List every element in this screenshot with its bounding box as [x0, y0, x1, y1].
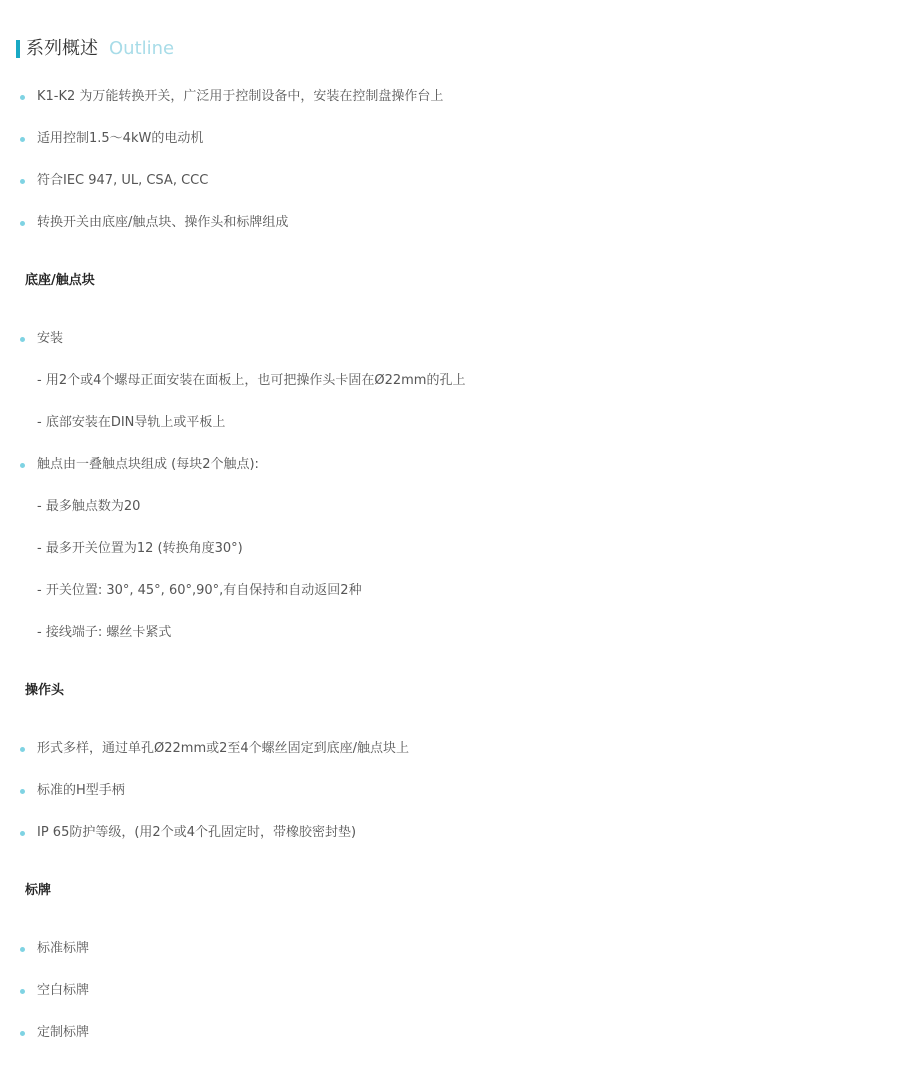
list-item: 定制标牌 [37, 1024, 89, 1042]
bullet-icon [20, 831, 25, 836]
heading-base-block: 底座/触点块 [25, 272, 95, 290]
bullet-icon [20, 747, 25, 752]
list-item: 符合IEC 947, UL, CSA, CCC [37, 172, 208, 190]
list-item: IP 65防护等级，(用2个或4个孔固定时，带橡胶密封垫) [37, 824, 356, 842]
title-english: Outline [109, 38, 174, 60]
list-item: 标准的H型手柄 [37, 782, 125, 800]
bullet-icon [20, 221, 25, 226]
bullet-icon [20, 947, 25, 952]
bullet-icon [20, 179, 25, 184]
bullet-icon [20, 463, 25, 468]
sub-item: - 最多开关位置为12 (转换角度30°) [37, 540, 243, 558]
list-item: K1-K2 为万能转换开关，广泛用于控制设备中，安装在控制盘操作台上 [37, 88, 443, 106]
heading-nameplate: 标牌 [25, 882, 51, 900]
sub-item: - 用2个或4个螺母正面安装在面板上，也可把操作头卡固在Ø22mm的孔上 [37, 372, 465, 390]
list-item: 空白标牌 [37, 982, 89, 1000]
bullet-icon [20, 337, 25, 342]
title-chinese: 系列概述 [26, 38, 98, 60]
bullet-icon [20, 1031, 25, 1036]
sub-item: - 最多触点数为20 [37, 498, 140, 516]
bullet-icon [20, 137, 25, 142]
list-item: 形式多样，通过单孔Ø22mm或2至4个螺丝固定到底座/触点块上 [37, 740, 409, 758]
sub-item: - 开关位置: 30°, 45°, 60°,90°,有自保持和自动返回2种 [37, 582, 362, 600]
bullet-icon [20, 95, 25, 100]
list-item: 标准标牌 [37, 940, 89, 958]
list-item: 转换开关由底座/触点块、操作头和标牌组成 [37, 214, 288, 232]
list-item-contacts: 触点由一叠触点块组成 (每块2个触点): [37, 456, 259, 474]
list-item: 适用控制1.5～4kW的电动机 [37, 130, 203, 148]
sub-item: - 底部安装在DIN导轨上或平板上 [37, 414, 225, 432]
bullet-icon [20, 989, 25, 994]
list-item-install: 安装 [37, 330, 63, 348]
sub-item: - 接线端子: 螺丝卡紧式 [37, 624, 171, 642]
heading-operator-head: 操作头 [25, 682, 64, 700]
section-title: 系列概述 Outline [16, 38, 174, 60]
title-accent-bar [16, 40, 20, 58]
bullet-icon [20, 789, 25, 794]
